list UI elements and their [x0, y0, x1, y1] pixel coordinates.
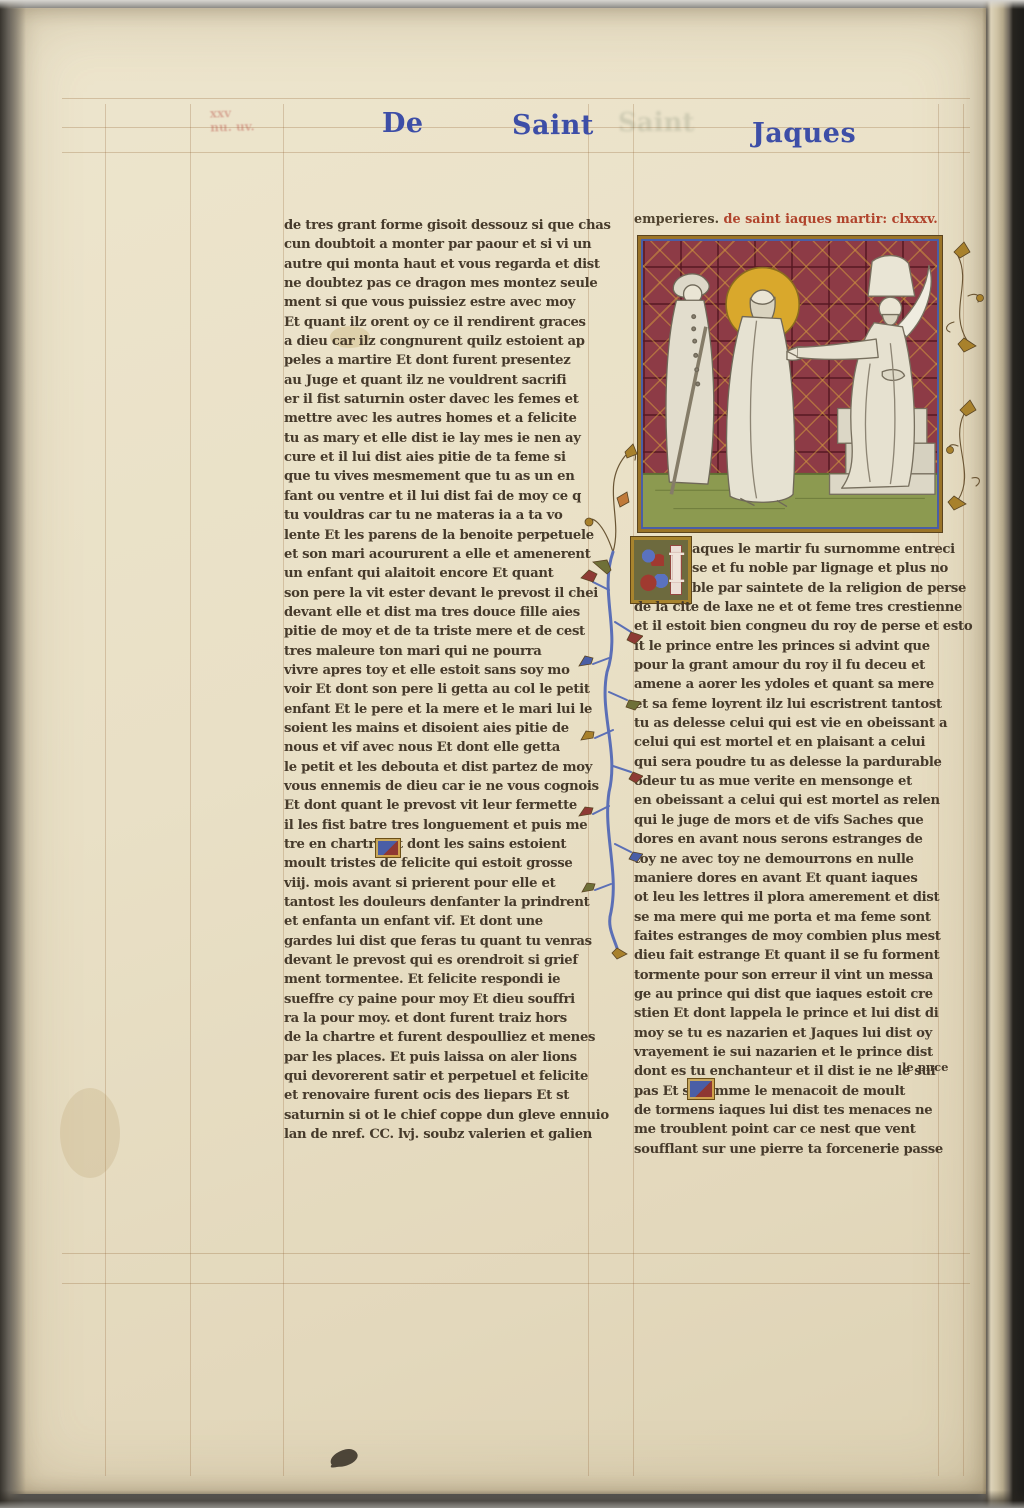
left-text-column: de tres grant forme gisoit dessouz si qu…	[284, 216, 590, 1145]
text-line: mettre avec les autres homes et a felici…	[284, 409, 590, 428]
ruling-line	[105, 104, 106, 1476]
text-line: pour la grant amour du roy il fu deceu e…	[634, 656, 940, 675]
text-line: autre qui monta haut et vous regarda et …	[284, 255, 590, 274]
text-line: tormente pour son erreur il vint un mess…	[634, 966, 940, 985]
ruling-line	[62, 98, 970, 99]
miniature-saint-jacques-before-prince	[638, 236, 942, 532]
text-line: en obeissant a celui qui est mortel as r…	[634, 791, 940, 810]
text-line: Et quant ilz orent oy ce il rendirent gr…	[284, 313, 590, 332]
text-line: le petit et les debouta et dist partez d…	[284, 758, 590, 777]
text-line: un enfant qui alaitoit encore Et quant	[284, 564, 590, 583]
ruling-line	[62, 1253, 970, 1254]
text-line: devant elle et dist ma tres douce fille …	[284, 603, 590, 622]
text-line: de la chartre et furent despoulliez et m…	[284, 1028, 590, 1047]
text-line: amene a aorer les ydoles et quant sa mer…	[634, 675, 940, 694]
text-line: celui qui est mortel et en plaisant a ce…	[634, 733, 940, 752]
text-line: et il estoit bien congneu du roy de pers…	[634, 617, 940, 636]
text-line: vivre apres toy et elle estoit sans soy …	[284, 661, 590, 680]
text-line: tantost les douleurs denfanter la prindr…	[284, 893, 590, 912]
show-through-text: Saint	[618, 108, 694, 138]
text-line: er il fist saturnin oster davec les feme…	[284, 390, 590, 409]
text-line: ment tormentee. Et felicite respondi ie	[284, 970, 590, 989]
running-title-jaques: Jaques	[752, 118, 856, 149]
champ-initial	[375, 838, 401, 858]
ruling-line	[62, 152, 970, 153]
text-line: odeur tu as mue verite en mensonge et	[634, 772, 940, 791]
text-line: soient les mains et disoient aies pitie …	[284, 719, 590, 738]
text-line: au Juge et quant ilz ne vouldrent sacrif…	[284, 371, 590, 390]
text-line: peles a martire Et dont furent presentez	[284, 351, 590, 370]
text-line: sueffre cy paine pour moy Et dieu souffr…	[284, 990, 590, 1009]
attendant-figure	[666, 274, 714, 494]
ruling-line	[963, 104, 964, 1476]
text-line: viij. mois avant si prierent pour elle e…	[284, 874, 590, 893]
text-line: saturnin si ot le chief coppe dun gleve …	[284, 1106, 590, 1125]
offset-ghost-text: xxv nu. uv.	[210, 105, 255, 134]
text-line: qui le juge de mors et de vifs Saches qu…	[634, 811, 940, 830]
parchment-stain	[60, 1088, 120, 1178]
running-title-de: De	[382, 108, 424, 139]
text-line: il les fist batre tres longuement et pui…	[284, 816, 590, 835]
text-line: ra la pour moy. et dont furent traiz hor…	[284, 1009, 590, 1028]
text-line: par les places. Et puis laissa on aler l…	[284, 1048, 590, 1067]
text-line: de tres grant forme gisoit dessouz si qu…	[284, 216, 590, 235]
text-line: soufflant sur une pierre ta forcenerie p…	[634, 1140, 940, 1159]
tall-hat	[868, 256, 915, 297]
ghost-line: nu. uv.	[210, 119, 255, 134]
pointing-arm	[797, 339, 878, 359]
text-line: tres maleure ton mari qui ne pourra	[284, 642, 590, 661]
ghost-line: xxv	[210, 105, 255, 120]
ruling-line	[190, 104, 191, 1476]
text-line: ge au prince qui dist que iaques estoit …	[634, 985, 940, 1004]
marginal-correction: le pnce	[902, 1060, 948, 1074]
text-line: stien Et dont lappela le prince et lui d…	[634, 1004, 940, 1023]
text-line: gardes lui dist que feras tu quant tu ve…	[284, 932, 590, 951]
text-line: nous et vif avec nous Et dont elle getta	[284, 738, 590, 757]
text-line: se ma mere qui me porta et ma feme sont	[634, 908, 940, 927]
text-line: toy ne avec toy ne demourrons en nulle	[634, 850, 940, 869]
text-line: vous ennemis de dieu car ie ne vous cogn…	[284, 777, 590, 796]
text-line: et son mari acoururent a elle et amenere…	[284, 545, 590, 564]
manuscript-photograph: xxv nu. uv. Saint De Saint Jaques emperi…	[0, 0, 1024, 1508]
text-line: Et dont quant le prevost vit leur fermet…	[284, 796, 590, 815]
text-line: dont es tu enchanteur et il dist ie ne l…	[634, 1062, 940, 1081]
text-line: dieu fait estrange Et quant il se fu for…	[634, 946, 940, 965]
text-line: tre en chartre Et dont les sains estoien…	[284, 835, 590, 854]
text-line: ble par saintete de la religion de perse	[634, 579, 940, 598]
text-line: ment si que vous puissiez estre avec moy	[284, 293, 590, 312]
text-line: de la cite de laxe ne et ot feme tres cr…	[634, 598, 940, 617]
text-line: moult tristes de felicite qui estoit gro…	[284, 854, 590, 873]
running-title-saint: Saint	[512, 110, 594, 141]
text-line: tu vouldras car tu ne materas ia a ta vo	[284, 506, 590, 525]
text-line: me troublent point car ce nest que vent	[634, 1120, 940, 1139]
text-line: qui sera poudre tu as delesse la pardura…	[634, 753, 940, 772]
bottom-edge-shadow	[0, 1490, 1024, 1508]
text-line: son pere la vit ester devant le prevost …	[284, 584, 590, 603]
text-line: dores en avant nous serons estranges de	[634, 830, 940, 849]
text-line: moy se tu es nazarien et Jaques lui dist…	[634, 1024, 940, 1043]
text-line: que tu vives mesmement que tu as un en	[284, 467, 590, 486]
binding-gutter	[0, 0, 26, 1508]
text-line: qui devorerent satir et perpetuel et fel…	[284, 1067, 590, 1086]
text-line: tu as delesse celui qui est vie en obeis…	[634, 714, 940, 733]
text-line: de tormens iaques lui dist tes menaces n…	[634, 1101, 940, 1120]
miniature-figures	[643, 241, 937, 527]
page-fore-edge	[982, 0, 1024, 1508]
text-line: et renovaire furent ocis des liepars Et …	[284, 1086, 590, 1105]
text-line: cure et il lui dist aies pitie de ta fem…	[284, 448, 590, 467]
text-line: enfant Et le pere et la mere et le mari …	[284, 700, 590, 719]
text-line: tu as mary et elle dist ie lay mes ie ne…	[284, 429, 590, 448]
ruling-line	[62, 1283, 970, 1284]
text-line: se et fu noble par lignage et plus no	[634, 559, 940, 578]
text-line: ot leu les lettres il plora amerement et…	[634, 888, 940, 907]
text-line: ne doubtez pas ce dragon mes montez seul…	[284, 274, 590, 293]
text-line: faites estranges de moy combien plus mes…	[634, 927, 940, 946]
text-line: voir Et dont son pere li getta au col le…	[284, 680, 590, 699]
text-line: devant le prevost qui es orendroit si gr…	[284, 951, 590, 970]
text-line: lan de nref. CC. lvj. soubz valerien et …	[284, 1125, 590, 1144]
top-edge-shadow	[0, 0, 1024, 9]
text-line: cun doubtoit a monter par paour et si vi…	[284, 235, 590, 254]
text-line: vrayement ie sui nazarien et le prince d…	[634, 1043, 940, 1062]
text-line: pitie de moy et de ta triste mere et de …	[284, 622, 590, 641]
text-line: fant ou ventre et il lui dist fai de moy…	[284, 487, 590, 506]
champ-initial	[687, 1078, 715, 1100]
right-text-column: aques le martir fu surnomme entrecise et…	[634, 540, 940, 1159]
text-line: aques le martir fu surnomme entreci	[634, 540, 940, 559]
text-line: et enfanta un enfant vif. Et dont une	[284, 912, 590, 931]
text-line: it le prince entre les princes si advint…	[634, 637, 940, 656]
text-line: pas Et si comme le menacoit de moult	[634, 1082, 940, 1101]
rubric-explicit: emperieres.	[634, 212, 719, 227]
rubric-line: emperieres. de saint iaques martir: clxx…	[634, 212, 940, 227]
text-line: maniere dores en avant Et quant iaques	[634, 869, 940, 888]
text-line: et sa feme loyrent ilz lui escristrent t…	[634, 695, 940, 714]
text-line: lente Et les parens de la benoite perpet…	[284, 526, 590, 545]
rubric-title: de saint iaques martir: clxxxv.	[724, 212, 938, 227]
prince-figure	[787, 256, 935, 495]
text-line: a dieu car ilz congnurent quilz estoient…	[284, 332, 590, 351]
